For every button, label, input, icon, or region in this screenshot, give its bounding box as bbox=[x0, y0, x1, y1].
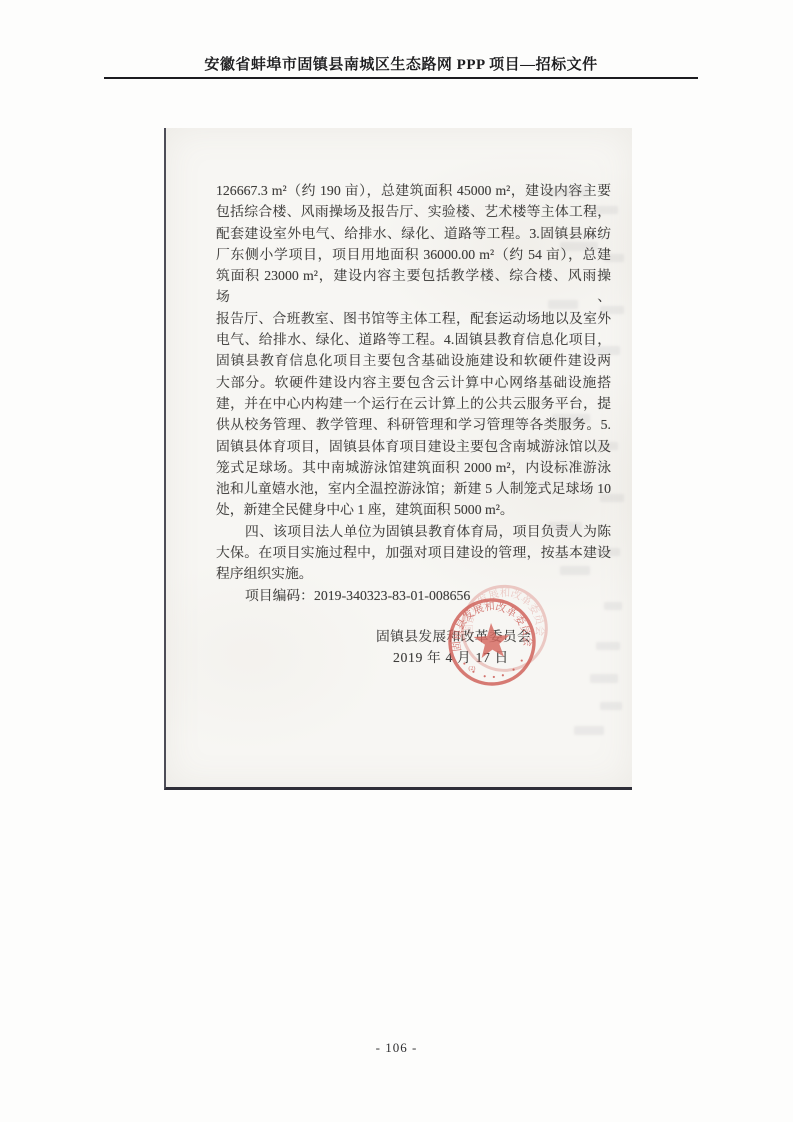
seal-star-icon bbox=[473, 622, 511, 658]
body-line: 电气、给排水、绿化、道路等工程。4.固镇县教育信息化项目， bbox=[216, 329, 611, 350]
body-line: 配套建设室外电气、给排水、绿化、道路等工程。3.固镇县麻纺 bbox=[216, 223, 611, 244]
body-line: 处，新建全民健身中心 1 座，建筑面积 5000 m²。 bbox=[216, 499, 611, 520]
body-line: 固镇县体育项目，固镇县体育项目建设主要包含南城游泳馆以及 bbox=[216, 436, 611, 457]
body-line: 大保。在项目实施过程中，加强对项目建设的管理，按基本建设 bbox=[216, 542, 611, 563]
official-seal-stamp: 固镇县发展和改革委员会 固镇县发展和改革委员会 (2) bbox=[427, 577, 557, 707]
body-line: 笼式足球场。其中南城游泳馆建筑面积 2000 m²，内设标准游泳 bbox=[216, 457, 611, 478]
body-line: 程序组织实施。 bbox=[216, 563, 611, 584]
body-text: 126667.3 m²（约 190 亩），总建筑面积 45000 m²，建设内容… bbox=[216, 180, 611, 606]
body-line: 包括综合楼、风雨操场及报告厅、实验楼、艺术楼等主体工程， bbox=[216, 201, 611, 222]
page-header-title: 安徽省蚌埠市固镇县南城区生态路网 PPP 项目—招标文件 bbox=[104, 53, 698, 74]
body-line: 大部分。软硬件建设内容主要包含云计算中心网络基础设施搭 bbox=[216, 372, 611, 393]
body-line: 建，并在中心内构建一个运行在云计算上的公共云服务平台，提 bbox=[216, 393, 611, 414]
body-line: 固镇县教育信息化项目主要包含基础设施建设和软硬件建设两 bbox=[216, 350, 611, 371]
body-line: 池和儿童嬉水池，室内全温控游泳馆；新建 5 人制笼式足球场 10 bbox=[216, 478, 611, 499]
header-divider bbox=[104, 77, 698, 79]
document-page: 安徽省蚌埠市固镇县南城区生态路网 PPP 项目—招标文件 126667.3 m²… bbox=[0, 0, 793, 1122]
seal-main-impression: 固镇县发展和改革委员会 (2) bbox=[447, 597, 537, 686]
seal-ghost-impression: 固镇县发展和改革委员会 bbox=[460, 584, 549, 672]
body-line: 厂东侧小学项目，项目用地面积 36000.00 m²（约 54 亩），总建 bbox=[216, 244, 611, 265]
seal-code: (2) bbox=[468, 665, 475, 672]
body-line: 报告厅、合班教室、图书馆等主体工程，配套运动场地以及室外 bbox=[216, 308, 611, 329]
footer-page-number: - 106 - bbox=[0, 1040, 793, 1056]
